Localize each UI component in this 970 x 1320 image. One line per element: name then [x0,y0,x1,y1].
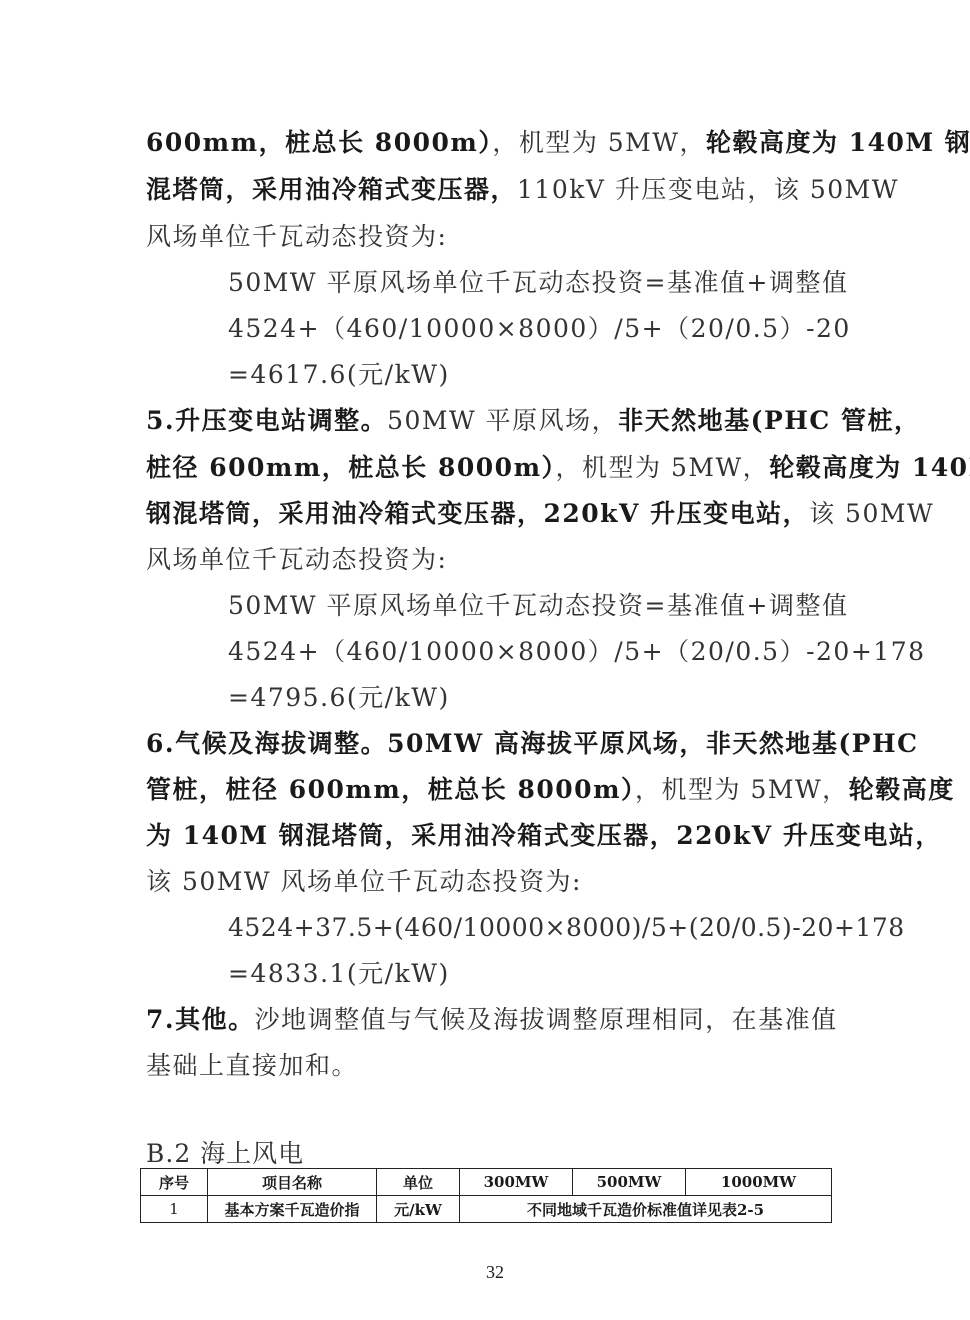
normal-text: 风场单位千瓦动态投资为: [146,222,447,251]
formula-result: =4617.6(元/kW) [228,360,450,390]
para4-line-2: 混塔筒，采用油冷箱式变压器，110kV 升压变电站，该 50MW [146,175,899,205]
item5-line-3: 钢混塔筒，采用油冷箱式变压器，220kV 升压变电站，该 50MW [146,499,934,529]
header-cell: 300MW [460,1169,573,1196]
item7-heading: 7.其他。 [146,1005,255,1034]
bold-text: 轮毂高度为 140M [769,453,970,482]
cell-no: 1 [141,1196,208,1223]
formula-line: 4524+37.5+(460/10000×8000)/5+(20/0.5)-20… [228,913,905,943]
header-cell: 序号 [141,1169,208,1196]
item6-line-4: 该 50MW 风场单位千瓦动态投资为: [146,867,582,897]
formula-line: 4524+（460/10000×8000）/5+（20/0.5）-20 [228,314,851,344]
offshore-wind-table: 序号 项目名称 单位 300MW 500MW 1000MW 1 基本方案千瓦造价… [140,1168,832,1223]
cell-merged-note: 不同地域千瓦造价标准值详见表2-5 [460,1196,832,1223]
item7-line-1: 7.其他。沙地调整值与气候及海拔调整原理相同，在基准值 [146,1005,838,1035]
item5-line-4: 风场单位千瓦动态投资为: [146,545,447,575]
item5-line-1: 5.升压变电站调整。50MW 平原风场，非天然地基(PHC 管桩， [146,406,921,436]
normal-text: 风场单位千瓦动态投资为: [146,545,447,574]
table-header-row: 序号 项目名称 单位 300MW 500MW 1000MW [141,1169,832,1196]
formula-result: =4795.6(元/kW) [228,683,450,713]
page-number: 32 [486,1262,504,1283]
normal-text: 沙地调整值与气候及海拔调整原理相同，在基准值 [255,1005,838,1034]
bold-text: 非天然地基(PHC 管桩， [618,406,920,435]
header-cell: 500MW [573,1169,686,1196]
normal-text: 该 50MW [809,499,934,528]
normal-text: 110kV 升压变电站，该 50MW [517,175,899,204]
formula-line: 50MW 平原风场单位千瓦动态投资=基准值+调整值 [228,268,848,298]
para4-line-3: 风场单位千瓦动态投资为: [146,222,447,252]
formula-result: =4833.1(元/kW) [228,959,450,989]
formula-line: 50MW 平原风场单位千瓦动态投资=基准值+调整值 [228,591,848,621]
item5-heading: 5.升压变电站调整。 [146,406,387,435]
cell-name: 基本方案千瓦造价指 [208,1196,377,1223]
cell-unit: 元/kW [377,1196,460,1223]
table-row: 1 基本方案千瓦造价指 元/kW 不同地域千瓦造价标准值详见表2-5 [141,1196,832,1223]
normal-text: ，机型为 5MW， [635,775,849,804]
normal-text: ，机型为 5MW， [556,453,770,482]
bold-text: 钢混塔筒，采用油冷箱式变压器，220kV 升压变电站， [146,499,809,528]
normal-text: 50MW 平原风场， [387,406,618,435]
bold-text: 轮毂高度为 140M 钢 [706,128,970,157]
bold-text: 桩径 600mm，桩总长 8000m） [146,453,556,482]
item6-line-2: 管桩，桩径 600mm，桩总长 8000m），机型为 5MW，轮毂高度 [146,775,955,805]
normal-text: ，机型为 5MW， [492,128,706,157]
item6-heading: 6.气候及海拔调整。50MW 高海拔平原风场，非天然地基(PHC [146,729,919,758]
normal-text: 基础上直接加和。 [146,1051,358,1080]
header-cell: 1000MW [686,1169,832,1196]
item7-line-2: 基础上直接加和。 [146,1051,358,1081]
item6-line-1: 6.气候及海拔调整。50MW 高海拔平原风场，非天然地基(PHC [146,729,919,759]
header-cell: 项目名称 [208,1169,377,1196]
formula-line: 4524+（460/10000×8000）/5+（20/0.5）-20+178 [228,637,926,667]
document-page: 600mm，桩总长 8000m），机型为 5MW，轮毂高度为 140M 钢 混塔… [0,0,970,1320]
bold-text: 600mm，桩总长 8000m） [146,128,492,157]
para4-line-1: 600mm，桩总长 8000m），机型为 5MW，轮毂高度为 140M 钢 [146,128,970,158]
bold-text: 管桩，桩径 600mm，桩总长 8000m） [146,775,635,804]
bold-text: 为 140M 钢混塔筒，采用油冷箱式变压器，220kV 升压变电站， [146,821,942,850]
bold-text: 轮毂高度 [849,775,955,804]
normal-text: 该 50MW 风场单位千瓦动态投资为: [146,867,582,896]
bold-text: 混塔筒，采用油冷箱式变压器， [146,175,517,204]
item5-line-2: 桩径 600mm，桩总长 8000m），机型为 5MW，轮毂高度为 140M [146,453,970,483]
item6-line-3: 为 140M 钢混塔筒，采用油冷箱式变压器，220kV 升压变电站， [146,821,942,851]
header-cell: 单位 [377,1169,460,1196]
section-title: B.2 海上风电 [146,1134,304,1170]
